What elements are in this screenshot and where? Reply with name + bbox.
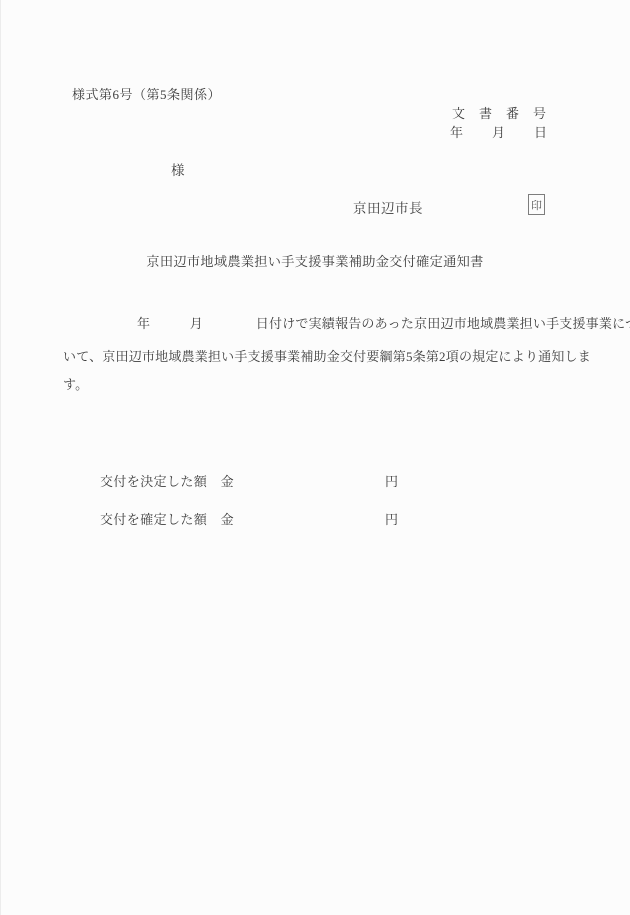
addressee-suffix: 様 [171,159,185,179]
seal-stamp-placeholder: 印 [531,197,542,213]
amount-decided-unit-yen: 円 [385,471,398,490]
amount-decided-label: 交付を決定した額 金 [100,471,234,490]
body-line: 年 月 日付けで実績報告のあった京田辺市地域農業担い手支援事業につ [137,313,630,332]
document-page: 様式第6号（第5条関係） 文 書 番 号 年 月 日 様 京田辺市長 印 京田辺… [0,0,630,915]
body-line: す。 [63,374,88,393]
sender-title: 京田辺市長 [353,197,423,217]
document-title: 京田辺市地域農業担い手支援事業補助金交付確定通知書 [0,251,630,270]
form-number: 様式第6号（第5条関係） [72,84,221,103]
amount-confirmed-row: 交付を確定した額 金 円 [0,509,630,527]
body-line: いて、京田辺市地域農業担い手支援事業補助金交付要綱第5条第2項の規定により通知し… [63,346,591,365]
seal-box: 印 [528,194,545,215]
amount-confirmed-unit-yen: 円 [385,509,398,528]
amount-decided-row: 交付を決定した額 金 円 [0,471,630,489]
date-blank-line: 年 月 日 [450,122,548,141]
amount-confirmed-label: 交付を確定した額 金 [100,509,234,528]
document-number-label: 文 書 番 号 [452,103,547,122]
